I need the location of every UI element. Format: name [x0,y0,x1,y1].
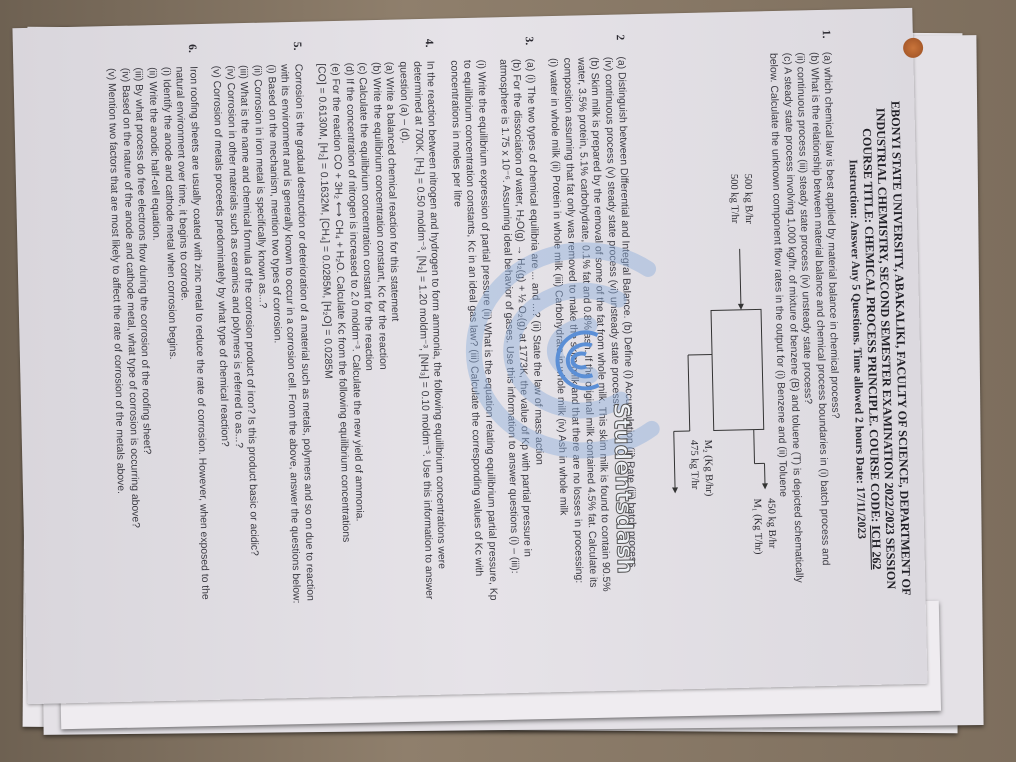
question-number: 2 [546,34,628,58]
question-number: 6. [103,44,199,68]
output1-benzene-label: 450 kg B/hr [764,498,779,548]
question-number: 3. [446,36,536,60]
question-body: Iron roofing sheets are usually coated w… [104,66,213,686]
question-1: 1. (a) which chemical law is best applie… [637,30,847,674]
question-number: 5. [209,42,305,66]
output2-benzene-label: M₂ (Kg B/hr) [701,439,716,496]
process-flow-diagram: 500 kg B/hr 500 kg T/hr 450 kg B/hr M₁ (… [644,53,776,674]
question-5: 5. Corrosion is the gradual destruction … [209,42,319,684]
input-toluene-label: 500 kg T/hr [727,174,742,224]
question-4: 4. In the reaction between nitrogen and … [314,39,451,682]
question-body: In the reaction between nitrogen and hyd… [314,61,450,682]
studentsdash-logo-icon [547,327,610,394]
question-3: 3. (a) (i) The two types of chemical equ… [446,36,550,678]
question-body: (a) (i) The two types of chemical equili… [446,58,550,678]
exam-content: EBONYI STATE UNIVERSITY, ABAKALIKI, FACU… [41,28,915,687]
exam-paper: EBONYI STATE UNIVERSITY, ABAKALIKI, FACU… [12,8,927,704]
question-number: 4. [314,39,437,64]
output2-toluene-label: 475 kg T/hr [687,440,702,490]
input-benzene-label: 500 kg B/hr [741,174,756,224]
course-code: ICH 262 [869,525,884,570]
watermark-text: Studentsdash [608,402,637,574]
question-6: 6. Iron roofing sheets are usually coate… [103,44,213,686]
output1-toluene-label: M₁ (Kg T/hr) [750,498,765,554]
question-body: Corrosion is the gradual destruction or … [209,64,318,684]
flow-lines [644,53,776,656]
question-body: (a) which chemical law is best applied b… [638,52,848,674]
